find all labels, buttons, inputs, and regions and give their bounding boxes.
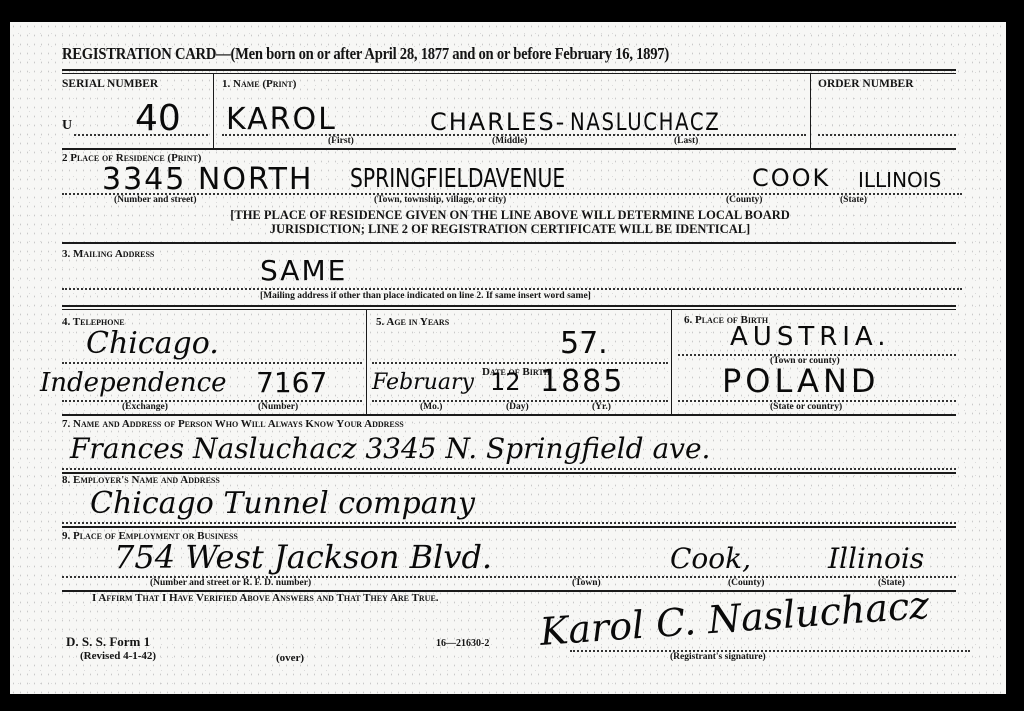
exchange-caption: (Exchange) [122,402,168,412]
year-caption: (Yr.) [592,402,611,412]
divider [62,526,956,528]
name-label: 1. Name (Print) [222,78,296,90]
divider [62,309,956,310]
divider [810,74,811,148]
divider [671,310,672,414]
residence-county: COOK [752,164,830,192]
month-caption: (Mo.) [420,402,442,412]
signature-caption: (Registrant's signature) [670,652,766,662]
contact-label: 7. Name and Address of Person Who Will A… [62,418,404,430]
mailing-address-label: 3. Mailing Address [62,248,154,260]
telephone-city: Chicago. [86,326,219,361]
over-note: (over) [276,652,304,664]
divider [62,148,956,150]
employment-county-caption: (County) [728,578,764,588]
employment-county: Cook, [670,542,751,575]
serial-number-value: 40 [135,98,181,139]
mailing-caption: [Mailing address if other than place ind… [260,291,591,301]
county-caption: (County) [726,195,762,205]
contact-value: Frances Nasluchacz 3345 N. Springfield a… [70,432,710,465]
day-caption: (Day) [506,402,529,412]
card-title: REGISTRATION CARD—(Men born on or after … [62,44,669,64]
residence-state: ILLINOIS [858,168,941,192]
state-caption: (State) [840,195,867,205]
telephone-line-2 [62,400,362,402]
middle-caption: (Middle) [492,136,527,146]
notice-line-1: [THE PLACE OF RESIDENCE GIVEN ON THE LIN… [110,208,910,222]
divider [213,74,214,148]
signature-line [570,650,970,652]
serial-number-label: SERIAL NUMBER [62,78,158,90]
form-revised: (Revised 4-1-42) [80,650,156,662]
first-caption: (First) [328,136,354,146]
residence-street: 3345 NORTH [102,162,313,197]
contact-line [62,468,956,470]
order-number-line [818,134,956,136]
employment-town-caption: (Town) [572,578,601,588]
employer-value: Chicago Tunnel company [90,486,475,521]
employer-line [62,522,956,524]
print-code: 16—21630-2 [436,638,489,649]
employment-state: Illinois [828,542,924,575]
divider [62,69,956,71]
name-middle: CHARLES- [430,108,566,136]
name-first: KAROL [226,102,337,137]
registrant-signature: Karol C. Nasluchacz [538,583,930,654]
last-caption: (Last) [674,136,698,146]
dob-month: February [372,370,474,395]
mailing-line [62,288,962,290]
telephone-number: 7167 [256,366,327,399]
mailing-address-value: SAME [260,254,347,287]
town-caption: (Town, township, village, or city) [374,195,506,205]
serial-prefix: U [62,118,72,134]
scan-border [0,0,1024,22]
birthplace-country: POLAND [722,362,880,400]
form-number: D. S. S. Form 1 [66,634,150,650]
birthplace-town: AUSTRIA. [730,322,891,352]
affirmation-text: I Affirm That I Have Verified Above Answ… [92,592,439,604]
divider [366,310,367,414]
telephone-line-1 [62,362,362,364]
street-caption: (Number and street) [114,195,197,205]
notice-line-2: JURISDICTION; LINE 2 OF REGISTRATION CER… [110,222,910,236]
order-number-label: ORDER NUMBER [818,78,914,90]
employer-label: 8. Employer's Name and Address [62,474,220,486]
number-caption: (Number) [258,402,298,412]
name-last: NASLUCHACZ [570,108,720,136]
residence-line [62,193,962,195]
divider [62,414,956,416]
telephone-exchange: Independence [40,368,227,398]
registration-card: REGISTRATION CARD—(Men born on or after … [10,22,1006,694]
residence-town: SPRINGFIELDAVENUE [350,164,565,194]
state-or-country-caption: (State or country) [770,402,842,412]
employment-street-caption: (Number and street or R. F. D. number) [150,578,311,588]
age-value: 57. [560,326,608,361]
age-label: 5. Age in Years [376,316,449,328]
divider [62,242,956,244]
employment-address: 754 West Jackson Blvd. [114,538,492,576]
dob-year: 1885 [540,364,624,399]
divider [62,73,956,74]
dob-day: 12 [490,368,521,396]
residence-notice: [THE PLACE OF RESIDENCE GIVEN ON THE LIN… [110,208,910,236]
divider [62,305,956,307]
